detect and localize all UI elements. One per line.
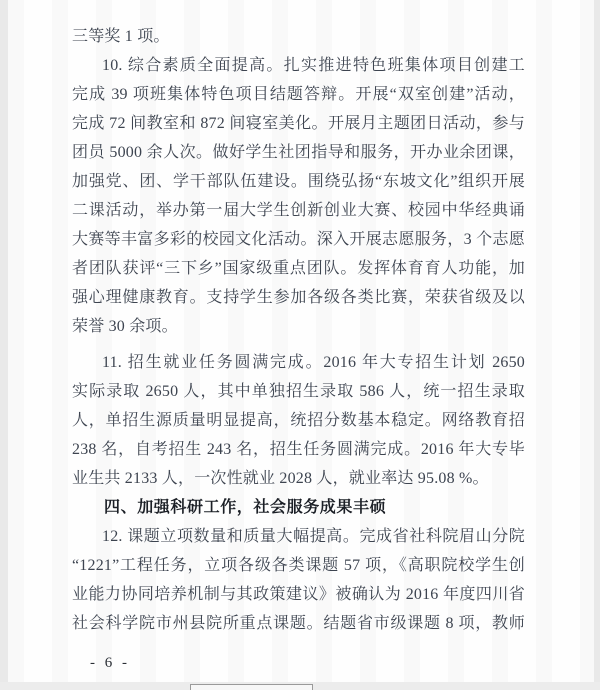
viewer-canvas-left-edge xyxy=(0,0,8,690)
text-line: 业能力协同培养机制与其政策建议》被确认为 2016 年度四川省 xyxy=(72,580,525,609)
text-line: 荣誉 30 余项。 xyxy=(72,312,525,341)
page-number: - 6 - xyxy=(90,655,130,672)
text-line: 完成 39 项班集体特色项目结题答辩。开展“双室创建”活动， xyxy=(72,80,525,109)
document-text-block: 三等奖 1 项。 10. 综合素质全面提高。扎实推进特色班集体项目创建工作， 完… xyxy=(72,22,525,638)
text-line: 10. 综合素质全面提高。扎实推进特色班集体项目创建工作， xyxy=(72,51,525,80)
text-line: 强心理健康教育。支持学生参加各级各类比赛，荣获省级及以上 xyxy=(72,283,525,312)
text-line: 人，单招生源质量明显提高，统招分数基本稳定。网络教育招生 xyxy=(72,406,525,435)
text-line: 完成 72 间教室和 872 间寝室美化。开展月主题团日活动，参与 xyxy=(72,109,525,138)
text-line: 二课活动，举办第一届大学生创新创业大赛、校园中华经典诵读 xyxy=(72,196,525,225)
text-line: 团员 5000 余人次。做好学生社团指导和服务，开办业余团课， xyxy=(72,138,525,167)
text-line: 238 名，自考招生 243 名，招生任务圆满完成。2016 年大专毕 xyxy=(72,435,525,464)
text-line: 者团队获评“三下乡”国家级重点团队。发挥体育育人功能，加 xyxy=(72,254,525,283)
text-line: 11. 招生就业任务圆满完成。2016 年大专招生计划 2650 人， xyxy=(72,348,525,377)
text-line: 社会科学院市州县院所重点课题。结题省市级课题 8 项，教师发 xyxy=(72,609,525,638)
document-page: 三等奖 1 项。 10. 综合素质全面提高。扎实推进特色班集体项目创建工作， 完… xyxy=(8,0,594,682)
document-viewer: 三等奖 1 项。 10. 综合素质全面提高。扎实推进特色班集体项目创建工作， 完… xyxy=(0,0,600,690)
section-heading: 四、加强科研工作，社会服务成果丰硕 xyxy=(72,493,525,522)
text-line: 实际录取 2650 人，其中单独招生录取 586 人，统一招生录取 2064 xyxy=(72,377,525,406)
viewer-canvas-right-edge xyxy=(594,0,600,690)
page-break-strip xyxy=(0,682,600,690)
text-line: 三等奖 1 项。 xyxy=(72,22,525,51)
text-line: 12. 课题立项数量和质量大幅提高。完成省社科院眉山分院 xyxy=(72,522,525,551)
text-line: “1221”工程任务，立项各级各类课题 57 项，《高职院校学生创 xyxy=(72,551,525,580)
next-page-widget xyxy=(190,684,313,690)
text-line: 大赛等丰富多彩的校园文化活动。深入开展志愿服务，3 个志愿 xyxy=(72,225,525,254)
text-line: 业生共 2133 人，一次性就业 2028 人，就业率达 95.08 %。 xyxy=(72,464,525,493)
text-line: 加强党、团、学干部队伍建设。围绕弘扬“东坡文化”组织开展 xyxy=(72,167,525,196)
